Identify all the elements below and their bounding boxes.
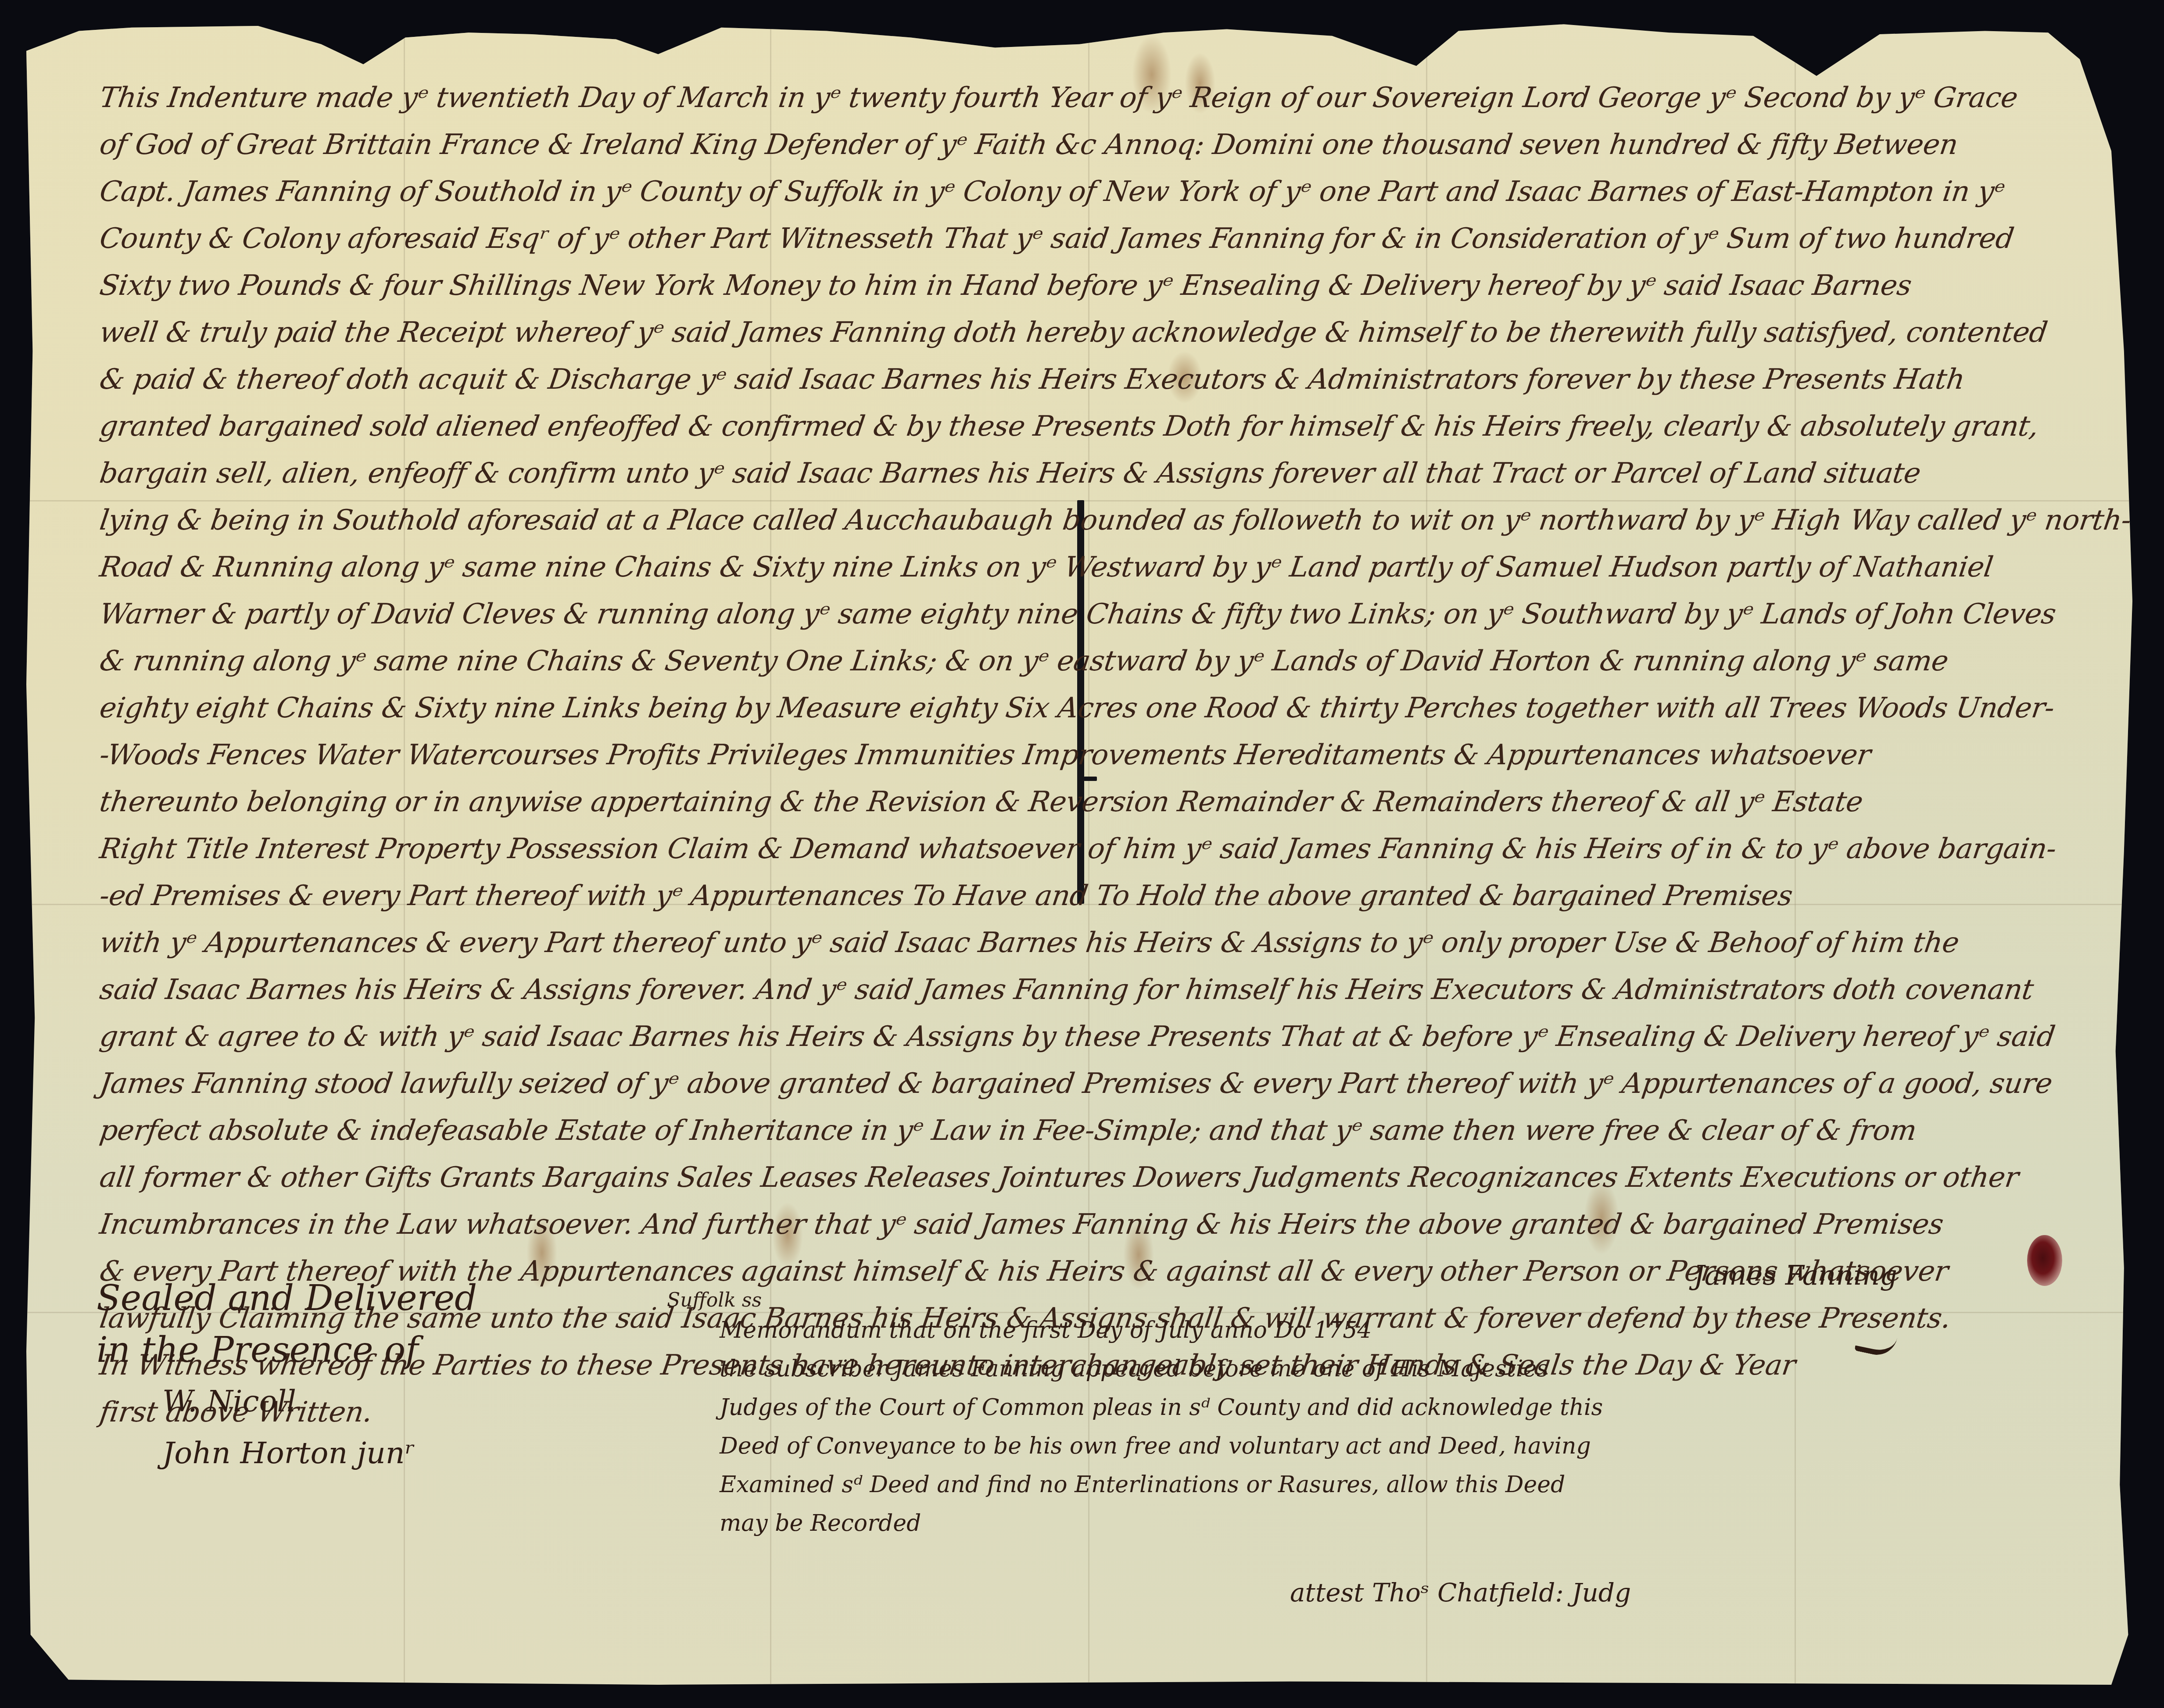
deed-line: & running along yᵉ same nine Chains & Se… — [97, 638, 2069, 685]
memo-line: Memorandum that on the first Day of July… — [667, 1311, 1631, 1350]
memo-line: Judges of the Court of Common pleas in s… — [667, 1388, 1631, 1427]
deed-line: eighty eight Chains & Sixty nine Links b… — [97, 685, 2069, 732]
acknowledgment-memorandum: Suffolk ss Memorandum that on the first … — [667, 1281, 1631, 1612]
deed-body: This Indenture made yᵉ twentieth Day of … — [97, 75, 2062, 1436]
attestation-heading: Sealed and Delivered — [97, 1272, 477, 1324]
deed-line: all former & other Gifts Grants Bargains… — [97, 1154, 2069, 1201]
deed-line: perfect absolute & indefeasable Estate o… — [97, 1107, 2069, 1154]
deed-line: -ed Premises & every Part thereof with y… — [97, 873, 2069, 920]
deed-line: -Woods Fences Water Watercourses Profits… — [97, 732, 2069, 779]
deed-line: Warner & partly of David Cleves & runnin… — [97, 591, 2069, 638]
deed-line: said Isaac Barnes his Heirs & Assigns fo… — [97, 967, 2069, 1013]
deed-line: lying & being in Southold aforesaid at a… — [97, 497, 2069, 544]
deed-line: Road & Running along yᵉ same nine Chains… — [97, 544, 2069, 591]
deed-line: granted bargained sold aliened enfeoffed… — [97, 403, 2069, 450]
deed-line: & paid & thereof doth acquit & Discharge… — [97, 356, 2069, 403]
deed-line: with yᵉ Appurtenances & every Part there… — [97, 920, 2069, 967]
judge-attestation: attest Thoˢ Chatfield: Judg — [667, 1573, 1631, 1612]
deed-line: of God of Great Brittain France & Irelan… — [97, 122, 2069, 168]
deed-line: well & truly paid the Receipt whereof yᵉ… — [97, 309, 2069, 356]
deed-line: bargain sell, alien, enfeoff & confirm u… — [97, 450, 2069, 497]
memo-line: may be Recorded — [667, 1504, 1631, 1543]
deed-line: Sixty two Pounds & four Shillings New Yo… — [97, 262, 2069, 309]
grantor-signature: James Fanning — [1694, 1259, 1897, 1291]
witness-signature: W. Nicoll — [97, 1376, 477, 1428]
wax-seal-icon — [2027, 1235, 2062, 1286]
memo-line: Deed of Conveyance to be his own free an… — [667, 1427, 1631, 1465]
deed-line: Capt. James Fanning of Southold in yᵉ Co… — [97, 168, 2069, 215]
deed-line: This Indenture made yᵉ twentieth Day of … — [97, 75, 2069, 122]
witness-signature: John Horton junʳ — [97, 1428, 477, 1479]
deed-line: thereunto belonging or in anywise appert… — [97, 779, 2069, 826]
deed-line: Right Title Interest Property Possession… — [97, 826, 2069, 873]
witness-attestation: Sealed and Delivered in the Presence of … — [97, 1272, 477, 1479]
deed-line: James Fanning stood lawfully seized of y… — [97, 1060, 2069, 1107]
deed-line: County & Colony aforesaid Esqʳ of yᵉ oth… — [97, 215, 2069, 262]
memo-line: the subscriber James Fanning appeared be… — [667, 1350, 1631, 1388]
deed-line: grant & agree to & with yᵉ said Isaac Ba… — [97, 1013, 2069, 1060]
memo-line: Examined sᵈ Deed and find no Enterlinati… — [667, 1465, 1631, 1504]
attestation-heading: in the Presence of — [97, 1324, 477, 1376]
deed-line: Incumbrances in the Law whatsoever. And … — [97, 1201, 2069, 1248]
